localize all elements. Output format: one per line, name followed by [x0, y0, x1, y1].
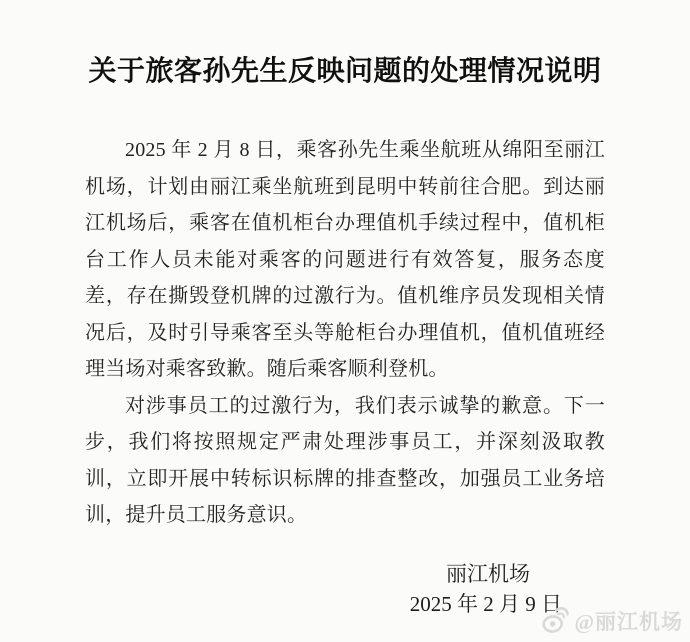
weibo-icon: [539, 604, 573, 641]
watermark: @丽江机场: [541, 606, 683, 637]
watermark-text: @丽江机场: [574, 609, 683, 635]
paragraph-incident-description: 2025 年 2 月 8 日，乘客孙先生乘坐航班从绵阳至丽江机场，计划由丽江乘坐…: [85, 132, 605, 388]
signature: 丽江机场: [0, 559, 690, 589]
document-body: 2025 年 2 月 8 日，乘客孙先生乘坐航班从绵阳至丽江机场，计划由丽江乘坐…: [85, 132, 605, 534]
paragraph-apology-measures: 对涉事员工的过激行为，我们表示诚挚的歉意。下一步，我们将按照规定严肃处理涉事员工…: [85, 388, 605, 534]
document-title: 关于旅客孙先生反映问题的处理情况说明: [0, 0, 690, 90]
notice-document: 关于旅客孙先生反映问题的处理情况说明 2025 年 2 月 8 日，乘客孙先生乘…: [0, 0, 690, 642]
